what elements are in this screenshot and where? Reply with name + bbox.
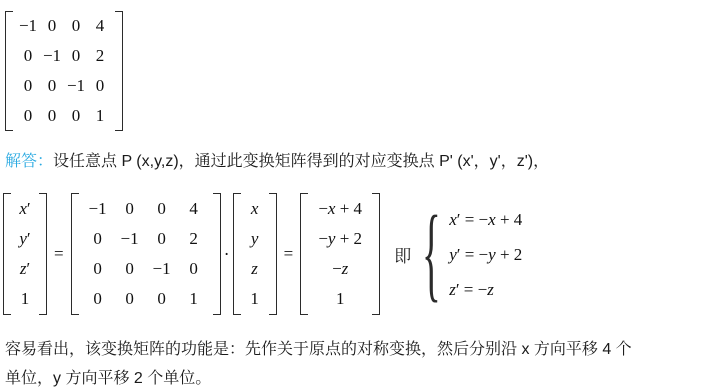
- system-equation: z′ = −z: [449, 272, 522, 307]
- matrix-cell: −1: [82, 194, 114, 224]
- matrix-cell: −1: [16, 11, 40, 41]
- matrix-cell: 0: [114, 254, 146, 284]
- left-bracket: [3, 193, 11, 315]
- matrix-cell: 1: [178, 284, 210, 314]
- matrix-cell: 0: [146, 224, 178, 254]
- matrix-cell: 0: [16, 101, 40, 131]
- left-bracket: [5, 11, 13, 131]
- matrix-cell: 2: [88, 41, 112, 71]
- equation-system: { x′ = −x + 4 y′ = −y + 2 z′ = −z: [421, 202, 522, 307]
- matrix-cell: 0: [64, 11, 88, 41]
- vector-cell: z: [244, 254, 266, 284]
- equals-sign: =: [54, 244, 64, 264]
- matrix-cell: 4: [178, 194, 210, 224]
- matrix-cell: −1: [40, 41, 64, 71]
- lhs-vector: x′ y′ z′ 1: [3, 193, 47, 315]
- matrix-cell: 0: [64, 41, 88, 71]
- matrix-cell: 0: [146, 284, 178, 314]
- vector-cell: z′: [14, 254, 36, 284]
- matrix-cell: −1: [146, 254, 178, 284]
- matrix-cell: 0: [82, 284, 114, 314]
- vector-cell: y′: [14, 224, 36, 254]
- transform-matrix: −1 0 0 4 0 −1 0 2 0 0 −1 0 0 0 0 1: [71, 193, 221, 315]
- ji-label: 即: [394, 242, 411, 267]
- matrix-cells: −1 0 0 4 0 −1 0 2 0 0 −1 0 0 0 0 1: [13, 11, 115, 131]
- left-bracket: [300, 193, 308, 315]
- conclusion-paragraph: 容易看出，该变换矩阵的功能是：先作关于原点的对称变换，然后分别沿 x 方向平移 …: [5, 335, 700, 392]
- matrix-cell: 0: [114, 284, 146, 314]
- result-vector: −x + 4 −y + 2 −z 1: [300, 193, 380, 315]
- dot-operator: ·: [224, 244, 230, 265]
- matrix-cell: 0: [146, 194, 178, 224]
- matrix-cell: 0: [178, 254, 210, 284]
- matrix-cell: 0: [40, 71, 64, 101]
- vector-cell: 1: [313, 284, 367, 314]
- matrix-cell: 0: [82, 254, 114, 284]
- matrix-cell: 2: [178, 224, 210, 254]
- vector-cell: −y + 2: [313, 224, 367, 254]
- vector-cell: x: [244, 194, 266, 224]
- left-brace: {: [422, 201, 434, 307]
- matrix: −1 0 0 4 0 −1 0 2 0 0 −1 0 0 0 0 1: [5, 11, 123, 131]
- matrix-cell: 0: [16, 71, 40, 101]
- matrix-cell: 0: [114, 194, 146, 224]
- left-bracket: [233, 193, 241, 315]
- vector-cell: x′: [14, 194, 36, 224]
- input-vector: x y z 1: [233, 193, 277, 315]
- matrix-equation: x′ y′ z′ 1 = −1 0 0 4 0 −1 0 2 0 0 −1 0 …: [3, 193, 522, 315]
- matrix-cell: −1: [114, 224, 146, 254]
- conclusion-line-2: 单位，y 方向平移 2 个单位。: [5, 370, 211, 387]
- vector-cells: −x + 4 −y + 2 −z 1: [308, 193, 372, 315]
- vector-cell: y: [244, 224, 266, 254]
- vector-cell: 1: [244, 284, 266, 314]
- matrix-cell: −1: [64, 71, 88, 101]
- matrix-cell: 1: [88, 101, 112, 131]
- matrix-cell: 0: [16, 41, 40, 71]
- vector-cells: x′ y′ z′ 1: [11, 193, 39, 315]
- matrix-cell: 0: [40, 11, 64, 41]
- equals-sign: =: [284, 244, 294, 264]
- right-bracket: [39, 193, 47, 315]
- matrix-cell: 0: [40, 101, 64, 131]
- vector-cell: −z: [313, 254, 367, 284]
- matrix-cell: 0: [88, 71, 112, 101]
- answer-text: 设任意点 P (x,y,z)，通过此变换矩阵得到的对应变换点 P' (x'，y'…: [53, 153, 549, 170]
- matrix-cell: 0: [64, 101, 88, 131]
- right-bracket: [213, 193, 221, 315]
- right-bracket: [269, 193, 277, 315]
- vector-cells: x y z 1: [241, 193, 269, 315]
- answer-line: 解答：设任意点 P (x,y,z)，通过此变换矩阵得到的对应变换点 P' (x'…: [5, 151, 549, 173]
- system-equation: y′ = −y + 2: [449, 237, 522, 272]
- system-lines: x′ = −x + 4 y′ = −y + 2 z′ = −z: [449, 202, 522, 307]
- system-equation: x′ = −x + 4: [449, 202, 522, 237]
- matrix-cell: 0: [82, 224, 114, 254]
- left-bracket: [71, 193, 79, 315]
- right-bracket: [115, 11, 123, 131]
- matrix-cells: −1 0 0 4 0 −1 0 2 0 0 −1 0 0 0 0 1: [79, 193, 213, 315]
- vector-cell: 1: [14, 284, 36, 314]
- right-bracket: [372, 193, 380, 315]
- matrix-cell: 4: [88, 11, 112, 41]
- conclusion-line-1: 容易看出，该变换矩阵的功能是：先作关于原点的对称变换，然后分别沿 x 方向平移 …: [5, 341, 632, 358]
- given-transform-matrix: −1 0 0 4 0 −1 0 2 0 0 −1 0 0 0 0 1: [5, 11, 123, 131]
- vector-cell: −x + 4: [313, 194, 367, 224]
- answer-label: 解答：: [5, 153, 53, 170]
